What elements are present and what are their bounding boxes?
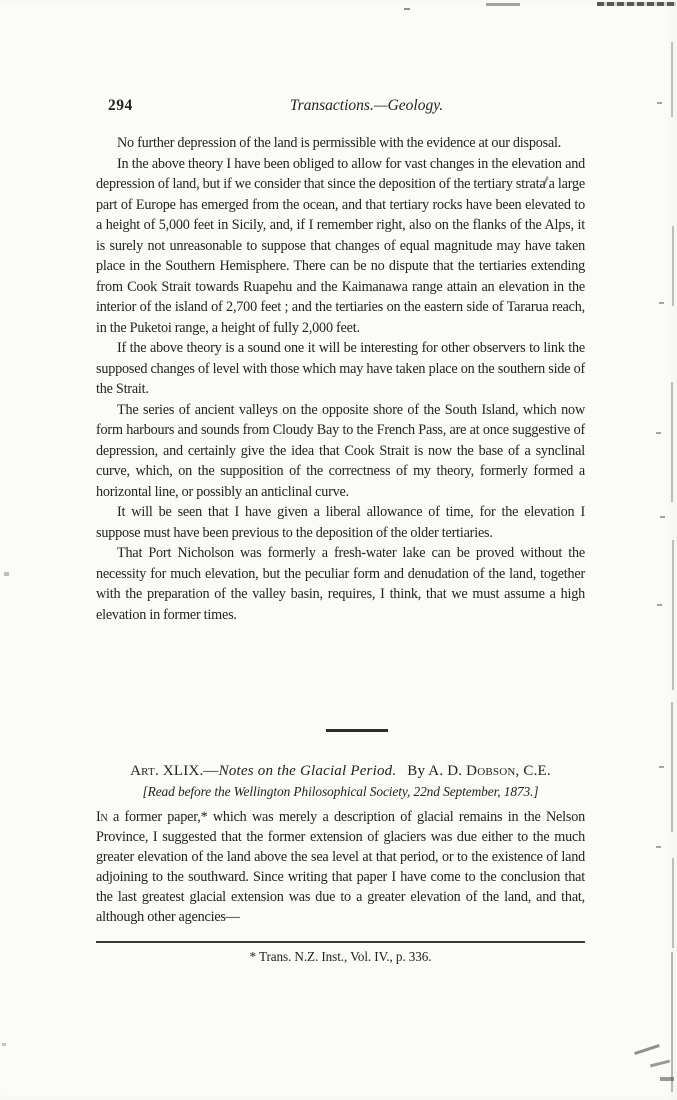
paragraph: In the above theory I have been obliged … <box>96 154 585 339</box>
scan-artifact <box>659 302 664 304</box>
scan-artifact <box>659 766 664 768</box>
article-number: XLIX.— <box>163 763 219 779</box>
author-suffix: , C.E. <box>516 763 551 779</box>
scanned-book-page: 294 Transactions.—Geology. No further de… <box>0 0 677 1100</box>
scan-artifact <box>404 8 410 10</box>
scan-artifact <box>672 858 674 948</box>
paragraph: It will be seen that I have given a libe… <box>96 502 585 543</box>
article-label: Art. <box>130 763 159 779</box>
running-header-title: Transactions.—Geology. <box>148 97 585 115</box>
scan-artifact <box>657 102 662 104</box>
scan-artifact <box>672 540 674 690</box>
scan-artifact <box>660 516 665 518</box>
paragraph: The series of ancient valleys on the opp… <box>96 400 585 503</box>
scan-artifact <box>660 1077 674 1081</box>
running-head: 294 Transactions.—Geology. <box>96 97 585 119</box>
intro-text: a former paper,* which was merely a desc… <box>96 809 585 925</box>
scan-artifact <box>656 432 661 434</box>
article-section: Art. XLIX.—Notes on the Glacial Period. … <box>96 729 585 927</box>
scan-artifact <box>650 1060 670 1068</box>
article-intro-paragraph: In a former paper,* which was merely a d… <box>96 807 585 927</box>
scan-artifact <box>671 382 673 502</box>
intro-first-word: In <box>96 809 108 825</box>
article-title: Notes on the Glacial Period. <box>219 763 397 779</box>
scan-artifact <box>671 42 673 117</box>
footnote-text: * Trans. N.Z. Inst., Vol. IV., p. 336. <box>96 949 585 965</box>
footnote-area: * Trans. N.Z. Inst., Vol. IV., p. 336. <box>96 941 585 965</box>
section-divider-rule <box>326 729 388 732</box>
scan-artifact <box>671 702 673 832</box>
article-heading: Art. XLIX.—Notes on the Glacial Period. … <box>96 763 585 780</box>
scan-artifact <box>656 846 661 848</box>
paragraph: No further depression of the land is per… <box>96 133 585 154</box>
scan-artifact <box>672 226 674 306</box>
byline-by: By <box>407 763 425 779</box>
read-before-note: [Read before the Wellington Philosophica… <box>96 784 585 800</box>
scan-artifact <box>671 952 673 1092</box>
author-surname: Dobson <box>466 763 515 779</box>
scan-artifact <box>4 572 9 576</box>
paragraph: That Port Nicholson was formerly a fresh… <box>96 543 585 625</box>
article-body-upper: No further depression of the land is per… <box>96 133 585 625</box>
page-number: 294 <box>108 97 133 115</box>
scan-artifact <box>597 2 676 6</box>
paragraph: If the above theory is a sound one it wi… <box>96 338 585 400</box>
footnote-rule <box>96 941 585 943</box>
scan-artifact <box>657 604 662 606</box>
scan-artifact <box>634 1044 660 1055</box>
scan-artifact <box>2 1043 6 1046</box>
scan-artifact <box>486 3 520 6</box>
author-initials: A. D. <box>428 763 462 779</box>
